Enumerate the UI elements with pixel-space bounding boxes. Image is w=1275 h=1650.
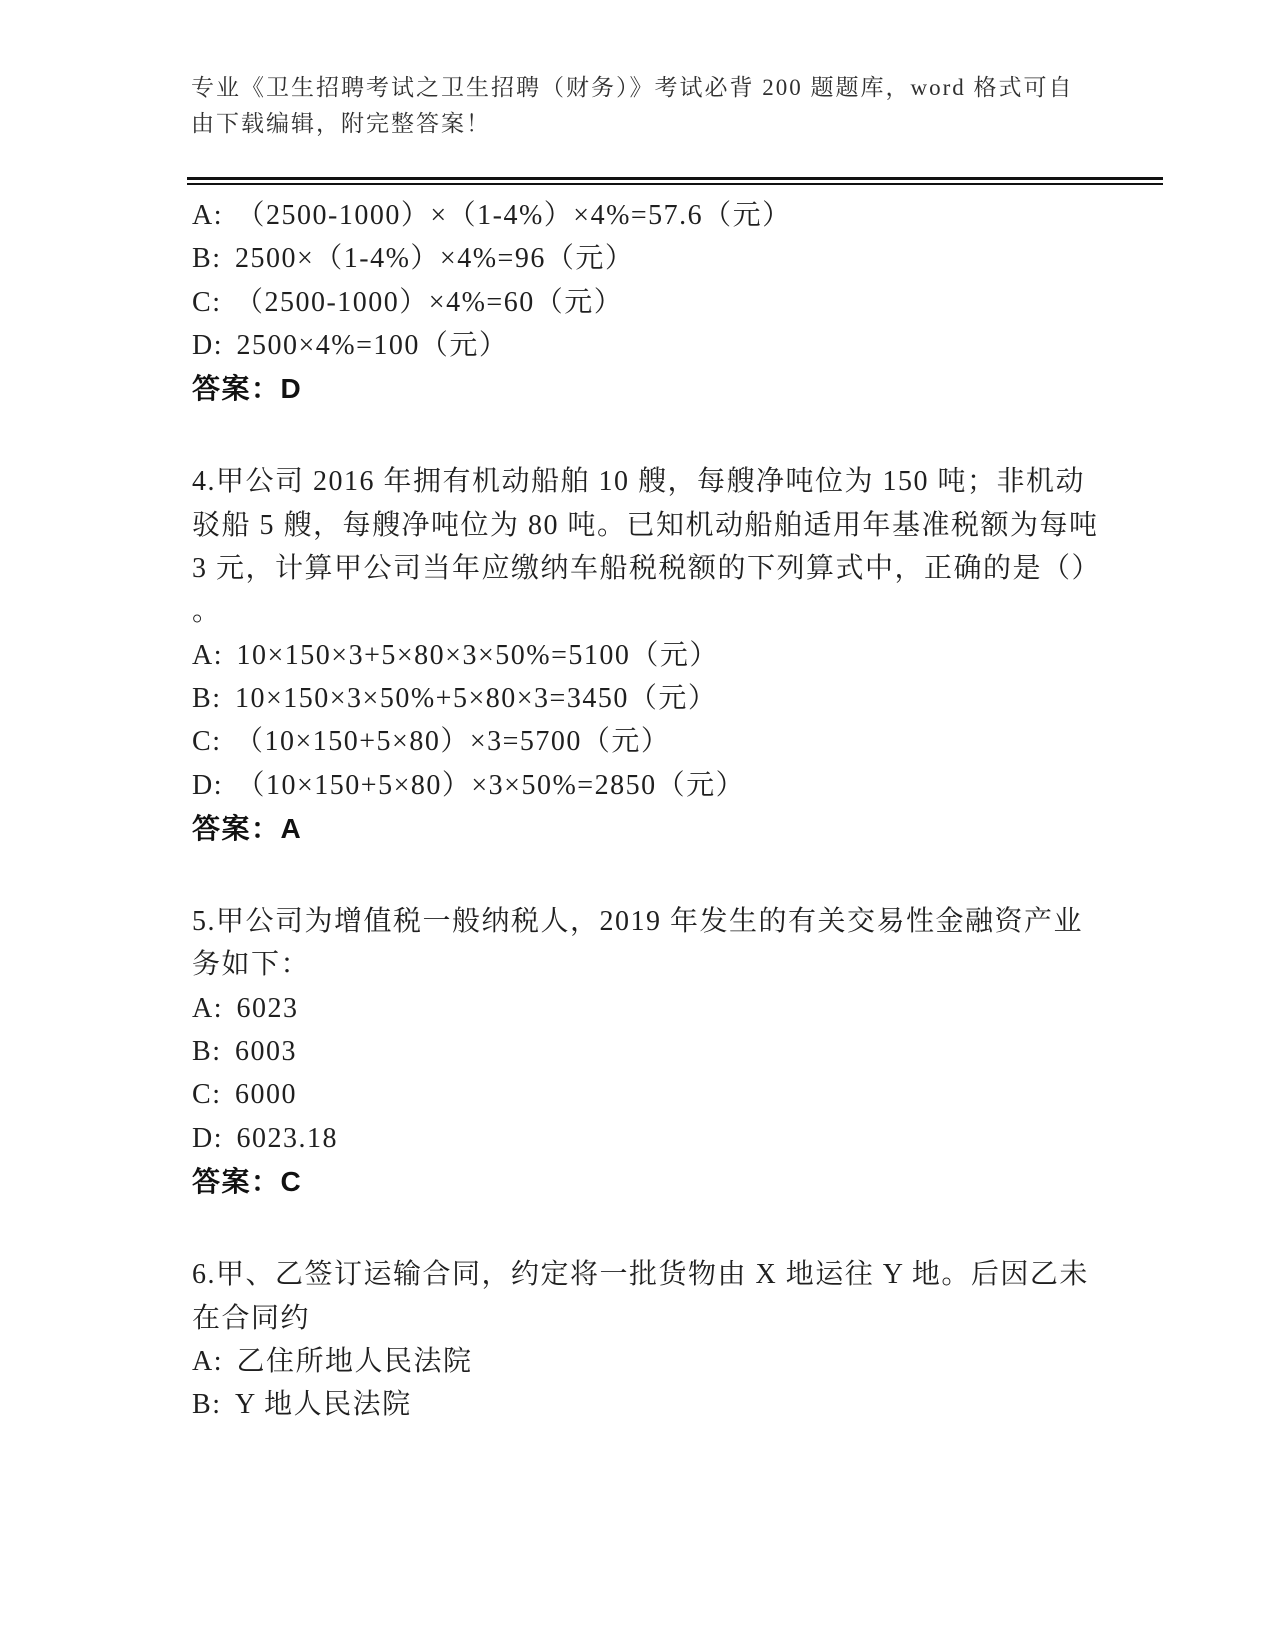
answer-value: D bbox=[281, 373, 303, 404]
option-separator: : bbox=[214, 770, 237, 801]
option-text: 10×150×3×50%+5×80×3=3450（元） bbox=[235, 683, 717, 714]
question-block: 5.甲公司为增值税一般纳税人，2019 年发生的有关交易性金融资产业务如下：A:… bbox=[192, 900, 1132, 1203]
option-separator: : bbox=[212, 1389, 235, 1420]
document-content: A: （2500-1000）×（1-4%）×4%=57.6（元）B: 2500×… bbox=[192, 182, 1132, 1426]
answer-label: 答案： bbox=[192, 373, 281, 404]
answer-label: 答案： bbox=[192, 813, 281, 844]
option-line: A: 乙住所地人民法院 bbox=[192, 1340, 1132, 1383]
question-text-line: 驳船 5 艘，每艘净吨位为 80 吨。已知机动船舶适用年基准税额为每吨 bbox=[192, 504, 1132, 547]
header-line-2: 由下载编辑，附完整答案！ bbox=[191, 106, 1151, 142]
option-label: C bbox=[192, 1079, 212, 1110]
question-text-line: 6.甲、乙签订运输合同，约定将一批货物由 X 地运往 Y 地。后因乙未 bbox=[192, 1253, 1132, 1296]
option-separator: : bbox=[214, 993, 237, 1024]
option-separator: : bbox=[212, 243, 235, 274]
question-text-line: 5.甲公司为增值税一般纳税人，2019 年发生的有关交易性金融资产业 bbox=[192, 900, 1132, 943]
answer-line: 答案：C bbox=[192, 1160, 1132, 1203]
option-line: D: 6023.18 bbox=[192, 1117, 1132, 1160]
option-label: D bbox=[192, 330, 214, 361]
option-text: （2500-1000）×（1-4%）×4%=57.6（元） bbox=[237, 200, 792, 231]
question-block: 6.甲、乙签订运输合同，约定将一批货物由 X 地运往 Y 地。后因乙未在合同约A… bbox=[192, 1253, 1132, 1426]
document-page: 专业《卫生招聘考试之卫生招聘（财务）》考试必背 200 题题库，word 格式可… bbox=[0, 0, 1275, 1650]
option-label: B bbox=[192, 1389, 212, 1420]
option-separator: : bbox=[214, 640, 237, 671]
option-text: 2500×4%=100（元） bbox=[237, 330, 509, 361]
option-line: A: 10×150×3+5×80×3×50%=5100（元） bbox=[192, 634, 1132, 677]
question-text-line: 4.甲公司 2016 年拥有机动船舶 10 艘，每艘净吨位为 150 吨；非机动 bbox=[192, 460, 1132, 503]
answer-value: C bbox=[281, 1166, 303, 1197]
option-line: A: （2500-1000）×（1-4%）×4%=57.6（元） bbox=[192, 194, 1132, 237]
option-line: D: 2500×4%=100（元） bbox=[192, 324, 1132, 367]
option-line: A: 6023 bbox=[192, 987, 1132, 1030]
option-text: 6023.18 bbox=[237, 1123, 339, 1154]
option-text: 10×150×3+5×80×3×50%=5100（元） bbox=[237, 640, 719, 671]
option-text: 6003 bbox=[235, 1036, 297, 1067]
option-line: C: 6000 bbox=[192, 1073, 1132, 1116]
option-line: C: （10×150+5×80）×3=5700（元） bbox=[192, 720, 1132, 763]
option-separator: : bbox=[212, 726, 235, 757]
document-header: 专业《卫生招聘考试之卫生招聘（财务）》考试必背 200 题题库，word 格式可… bbox=[191, 70, 1151, 142]
answer-line: 答案：D bbox=[192, 367, 1132, 410]
option-separator: : bbox=[214, 200, 237, 231]
option-text: （10×150+5×80）×3×50%=2850（元） bbox=[237, 770, 746, 801]
option-label: A bbox=[192, 1346, 214, 1377]
option-label: C bbox=[192, 287, 212, 318]
option-label: C bbox=[192, 726, 212, 757]
answer-value: A bbox=[281, 813, 303, 844]
question-text-line: 。 bbox=[192, 590, 1132, 633]
option-line: B: Y 地人民法院 bbox=[192, 1383, 1132, 1426]
option-text: （2500-1000）×4%=60（元） bbox=[235, 287, 623, 318]
option-label: D bbox=[192, 770, 214, 801]
option-separator: : bbox=[214, 1346, 237, 1377]
option-text: Y 地人民法院 bbox=[235, 1389, 412, 1420]
option-separator: : bbox=[214, 330, 237, 361]
option-text: 6000 bbox=[235, 1079, 297, 1110]
option-label: B bbox=[192, 1036, 212, 1067]
option-line: C: （2500-1000）×4%=60（元） bbox=[192, 281, 1132, 324]
answer-line: 答案：A bbox=[192, 807, 1132, 850]
header-line-1: 专业《卫生招聘考试之卫生招聘（财务）》考试必背 200 题题库，word 格式可… bbox=[191, 70, 1151, 106]
option-label: D bbox=[192, 1123, 214, 1154]
option-text: 6023 bbox=[237, 993, 299, 1024]
option-line: B: 2500×（1-4%）×4%=96（元） bbox=[192, 237, 1132, 280]
option-line: B: 6003 bbox=[192, 1030, 1132, 1073]
option-separator: : bbox=[214, 1123, 237, 1154]
option-separator: : bbox=[212, 287, 235, 318]
option-text: 2500×（1-4%）×4%=96（元） bbox=[235, 243, 634, 274]
question-block: A: （2500-1000）×（1-4%）×4%=57.6（元）B: 2500×… bbox=[192, 194, 1132, 410]
option-label: A bbox=[192, 993, 214, 1024]
option-text: 乙住所地人民法院 bbox=[237, 1346, 473, 1377]
option-label: B bbox=[192, 243, 212, 274]
option-label: B bbox=[192, 683, 212, 714]
question-text-line: 在合同约 bbox=[192, 1297, 1132, 1340]
option-separator: : bbox=[212, 1036, 235, 1067]
answer-label: 答案： bbox=[192, 1166, 281, 1197]
question-text-line: 务如下： bbox=[192, 943, 1132, 986]
option-separator: : bbox=[212, 1079, 235, 1110]
option-text: （10×150+5×80）×3=5700（元） bbox=[235, 726, 670, 757]
question-text-line: 3 元，计算甲公司当年应缴纳车船税税额的下列算式中，正确的是（） bbox=[192, 547, 1132, 590]
option-line: D: （10×150+5×80）×3×50%=2850（元） bbox=[192, 764, 1132, 807]
question-block: 4.甲公司 2016 年拥有机动船舶 10 艘，每艘净吨位为 150 吨；非机动… bbox=[192, 460, 1132, 850]
option-separator: : bbox=[212, 683, 235, 714]
option-line: B: 10×150×3×50%+5×80×3=3450（元） bbox=[192, 677, 1132, 720]
option-label: A bbox=[192, 200, 214, 231]
option-label: A bbox=[192, 640, 214, 671]
